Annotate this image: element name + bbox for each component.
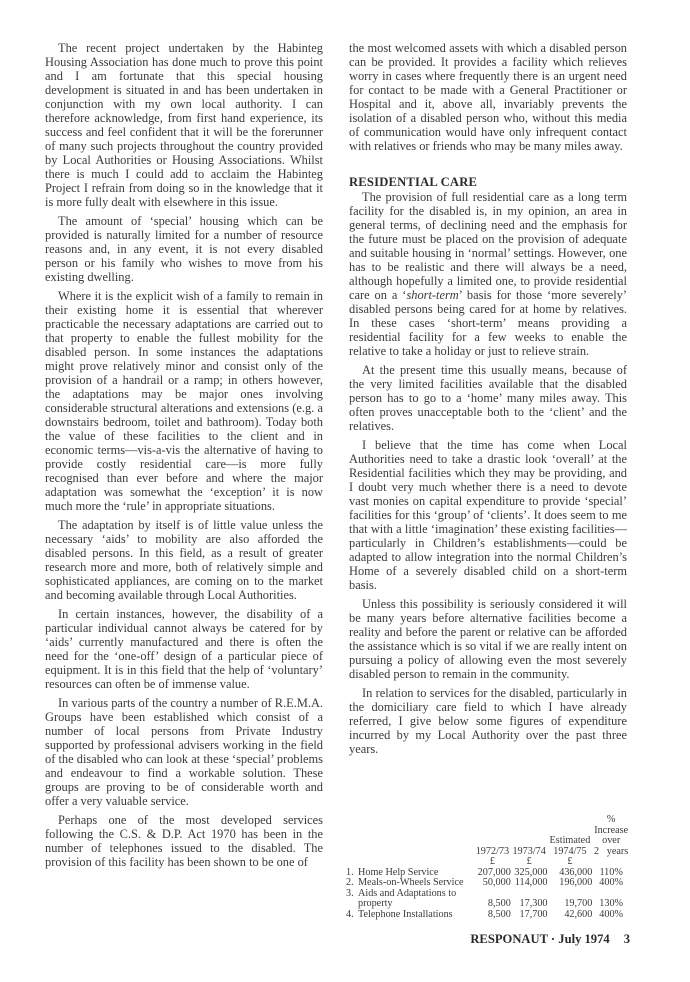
table-row-continued: property 8,500 17,300 19,700 130%: [346, 899, 630, 910]
header-percent-symbol: %: [592, 815, 630, 826]
table-row: 2. Meals-on-Wheels Service 50,000 114,00…: [346, 878, 630, 889]
right-column: the most welcomed assets with which a di…: [349, 41, 627, 761]
paragraph-present-time: At the present time this usually means, …: [349, 363, 627, 433]
paragraph-special-housing: The amount of ‘special’ housing which ca…: [45, 214, 323, 284]
expenditure-table: % Increase Estimated over 1972/73 1973/7…: [346, 815, 630, 920]
paragraph-aids: The adaptation by itself is of little va…: [45, 518, 323, 602]
page-footer: RESPONAUT · July 1974 3: [440, 932, 630, 947]
paragraph-habinteg: The recent project undertaken by the Hab…: [45, 41, 323, 209]
table-header-row-1: %: [346, 815, 630, 826]
left-column: The recent project undertaken by the Hab…: [45, 41, 323, 874]
section-heading-residential-care: RESIDENTIAL CARE: [349, 175, 627, 190]
header-over: over: [592, 836, 630, 847]
paragraph-telephones-continued: the most welcomed assets with which a di…: [349, 41, 627, 153]
currency-symbol: £: [511, 857, 548, 868]
currency-symbol: £: [474, 857, 511, 868]
paragraph-one-off-design: In certain instances, however, the disab…: [45, 607, 323, 691]
service-name: Meals-on-Wheels Service: [358, 878, 474, 889]
header-estimated: Estimated: [548, 836, 593, 847]
paragraph-residential-provision: The provision of full residential care a…: [349, 190, 627, 358]
table-header-row-4: 1972/73 1973/74 1974/75 2 years: [346, 847, 630, 858]
service-name-continued: property: [358, 899, 474, 910]
page-number: 3: [624, 932, 630, 947]
table-row: 4. Telephone Installations 8,500 17,700 …: [346, 910, 630, 921]
publication-title: RESPONAUT · July 1974: [470, 932, 609, 947]
paragraph-rema-groups: In various parts of the country a number…: [45, 696, 323, 808]
header-two-years: 2 years: [592, 847, 630, 858]
paragraph-adaptations: Where it is the explicit wish of a famil…: [45, 289, 323, 513]
table-header-row-3: Estimated over: [346, 836, 630, 847]
service-name: Telephone Installations: [358, 910, 474, 921]
paragraph-unless: Unless this possibility is seriously con…: [349, 597, 627, 681]
currency-symbol: £: [548, 857, 593, 868]
paragraph-expenditure-intro: In relation to services for the disabled…: [349, 686, 627, 756]
table-header-currency-row: £ £ £: [346, 857, 630, 868]
paragraph-telephones: Perhaps one of the most developed servic…: [45, 813, 323, 869]
emphasis-short-term: short-term: [406, 288, 458, 302]
paragraph-local-authorities: I believe that the time has come when Lo…: [349, 438, 627, 592]
